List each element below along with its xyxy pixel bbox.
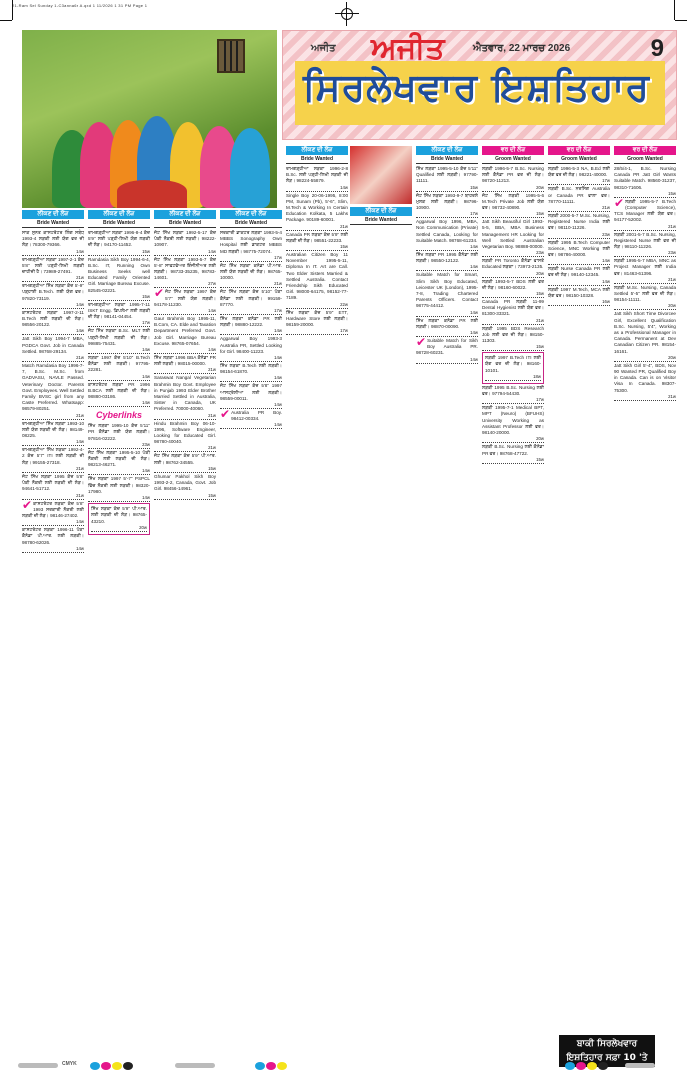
ad-text: Aggarwal Boy 1996, MBA, Non Communicatio… [416,219,478,244]
classified-ad: Hindu Brahmin Boy 06-10-1996, Software E… [154,421,216,453]
crop-mark-icon [674,0,675,20]
ad-text: ਲੜਕੀ M.Sc. Nursing, Canada Settled 5'-5"… [614,285,676,304]
classified-ad: Suitable Match for Sikh Boy Australia PR… [416,338,478,364]
classified-ad: 28/5/4-1, B.Sc. Nursing Canada PR Jatt G… [614,166,676,198]
ad-word-count: 20w [482,271,544,278]
ad-word-count: 15w [482,211,544,218]
classified-ad: ਲੜਕੀ 1995 B.Sc. Nursing ਲਈ ਵਰ। 97794-544… [482,385,544,404]
ad-text: ਜੱਟ ਸਿੱਖ ਲੜਕਾ 1993-9-7 ਬਾਹਰਲੇ ਮੁਲਕ ਲਈ ਲੜ… [416,193,478,212]
classified-ad: ਰਾਮਗੜ੍ਹੀਆ ਲੜਕਾ 1996-8-4 ਕੱਦ 5'9" ਲਈ ਪੜ੍ਹ… [88,230,150,256]
ad-text: ਸਿੱਖ ਲੜਕਾ ਕਨੇਡਾ PR ਲਈ ਲੜਕੀ। 98880-12222. [220,316,282,328]
ad-text: ਜੱਟ ਸਿੱਖ ਲੜਕਾ ਕੱਦ 5'10" ਪੱਕਾ ਕੈਨੇਡਾ ਲਈ ਲ… [220,289,282,308]
section-subheader-bride: Bride Wanted [350,217,412,225]
ad-word-count: 14w [88,374,150,381]
section-subheader-groom: Groom Wanted [548,156,610,164]
classified-ad: ਲੜਕੀ 2000-5-7 M.Sc. Nursing, Registered … [548,213,610,239]
classified-ad: ਕਾਸਟਰੇਟਰ ਲੜਕਾ 1996-11 ਪੱਕਾ ਕੈਨੇਡਾ ਪੀ.ਆਰ.… [22,527,84,553]
ad-word-count: 14w [220,328,282,335]
registration-mark-icon [335,2,359,26]
section-header-groom: ਵਰ ਦੀ ਲੋੜ [482,146,544,155]
ad-word-count: 17w [220,308,282,315]
ad-text: ਜੱਟ ਸਿੱਖ ਲੜਕਾ ਕਨੇਡਾ ਪੀ.ਆਰ. ਲਈ ਯੋਗ ਲੜਕੀ ਦ… [220,263,282,282]
section-subheader-groom: Groom Wanted [614,156,676,164]
classified-ad: Jatt Sikh Boy 1994-7 MBA, PGDCA Govt. Jo… [22,336,84,362]
ad-word-count: 21w [22,275,84,282]
print-grey-bar [625,1063,655,1068]
cmyk-swatches-icon [90,1062,133,1070]
section-subheader-bride: Bride Wanted [154,220,216,228]
classified-ad: Jatt Sikh Girl 5'-4", BDS, Nov 90 Wanted… [614,363,676,401]
ad-text: ਰਾਮਗੜ੍ਹੀਆ ਸਿੱਖ ਲੜਕਾ ਕੱਦ 5'-9" ਪੜ੍ਹਾਈ B.T… [22,283,84,302]
classified-ad: ਜੱਟ ਸਿੱਖ ਲੜਕੀ 1995-5-6 M.Tech Private Jo… [482,193,544,219]
ad-text: Aggarwal Boy 1993-3 Australia PR, Settle… [220,336,282,355]
classified-ad: ਲੜਕੀ 1995-7-1 Medical BPT, MPT (Neuro) (… [482,405,544,443]
ad-word-count: 16w [548,299,610,306]
newspaper-brand: ਅਜੀਤ [371,31,445,66]
classified-ad: ਸਿੱਖ ਲੜਕਾ 1997 5'-7" PSPCL ਵਿੱਚ ਨੌਕਰੀ ਲਈ… [88,476,150,502]
ad-word-count: 21w [548,205,610,212]
window-illustration [217,39,245,73]
classified-ad: Jatt Sikh Beautiful Girl 1993-5-5, BBA, … [482,219,544,257]
ad-text: ਜੱਟ ਸਿੱਖ ਲੜਕਾ ਕੱਦ 5'9" ਪੀ.ਆਰ. ਲਈ। 98762-… [154,453,216,465]
classified-ad: ਸਿੱਖ ਲੜਕਾ ਕੱਦ 5'9" ETT, Hardware Store ਲ… [286,310,348,336]
classified-ad: ਸਿੱਖ ਲੜਕਾ 1995-10 ਕੱਦ 5'11" PR ਕੈਨੇਡਾ ਲਈ… [88,423,150,449]
crop-mark-icon [12,0,13,20]
ad-text: ਲੜਕੀ 1995 B.Tech Computer Science, MNC W… [548,240,610,259]
classified-ad: ਰਾਮਗੜ੍ਹੀਆ ਸਿੱਖ ਲੜਕਾ 1992-4-2 ਕੱਦ 5'7" IT… [22,447,84,473]
section-subheader-bride: Bride Wanted [220,220,282,228]
classified-ad: Match Ramdasia Boy 1996-7-7, B.Sc. M.Sc.… [22,363,84,420]
classified-ad: ਲੜਕੀ 1995-5-7 B.Tech (Computer Science),… [614,199,676,231]
classified-ad: ਜੱਟ ਸਿੱਖ ਲੜਕਾ 1995-5-10 ਪੱਕੀ ਨੌਕਰੀ ਲਈ ਲੜ… [88,450,150,476]
classified-ad: ਜੱਟ ਸਿੱਖ ਲੜਕਾ ਕੱਦ 5'10" ਪੱਕਾ ਕੈਨੇਡਾ ਲਈ ਲ… [220,289,282,315]
classified-ad: ਰਾਮਗੜ੍ਹੀਆ ਸਿੱਖ ਲੜਕਾ 1993-10 ਲਈ ਯੋਗ ਲੜਕੀ … [22,421,84,447]
section-subheader-bride: Bride Wanted [286,156,348,164]
section-header-groom: ਵਰ ਦੀ ਲੋੜ [614,146,676,155]
ad-text: ਸਿੱਖ ਲੜਕਾ 1995-10 ਕੱਦ 5'11" PR ਕੈਨੇਡਾ ਲਈ… [88,423,150,442]
ad-text: ਜੱਟ ਸਿੱਖ ਲੜਕੀ 1995-5-6 M.Tech Private Jo… [482,193,544,212]
ad-word-count: 22w [286,302,348,309]
ad-word-count: 14w [548,258,610,265]
ad-text: ਲੜਕੀ 1995-5-7 B.Tech (Computer Science),… [614,199,676,224]
classified-ad: ਲੜਕੀ 1996-5-3 NA, B.Ed ਲਈ ਯੋਗ ਵਰ ਦੀ ਲੋੜ।… [548,166,610,185]
ads-column-photo-1: ਲੀਕਣ ਦੀ ਲੋੜ Bride Wanted [350,146,412,227]
section-header-bride: ਲੀਕਣ ਦੀ ਲੋੜ [416,146,478,155]
classified-ad: ਜੱਟ ਸਿੱਖ ਲੜਕਾ 1993-9-7 ਬਾਹਰਲੇ ਮੁਲਕ ਲਈ ਲੜ… [416,193,478,219]
ad-word-count: 14w [22,249,84,256]
ad-word-count: 21w [22,466,84,473]
ad-text: ਜੱਟ ਸਿੱਖ ਲੜਕਾ 1997 ਕੱਦ 5'7" ਲਈ ਯੋਗ ਲੜਕੀ।… [154,289,216,308]
ad-text: Suitable Match for Sikh Boy Australia PR… [416,338,478,357]
ads-column-2: ਲੀਕਣ ਦੀ ਲੋੜBride Wantedਰਾਮਗੜ੍ਹੀਆ ਲੜਕਾ 19… [88,210,150,536]
classified-ad: ਲੜਕੀ 1996-5-7 B.Sc. Nursing ਲਈ ਕੈਨੇਡਾ PR… [482,166,544,192]
ad-text: ਸਿੱਖ ਲੜਕਾ ਕਨੇਡਾ PR ਲਈ ਲੜਕੀ। 98870-00090. [416,318,478,330]
ad-word-count: 21w [154,413,216,420]
classified-ad: ਸਿੱਖ ਲੜਕਾ PR 1995 ਕੈਨੇਡਾ ਲਈ ਲੜਕੀ। 98550-… [416,252,478,271]
ad-text: ਲੜਕੀ Nurse Canada PR ਲਈ ਵਰ ਦੀ ਲੋੜ। 99140… [548,266,610,278]
ad-text: ਸਿੱਖ ਲੜਕਾ ਕੱਦ 5'9" ETT, Hardware Store ਲ… [286,310,348,329]
cmyk-label: CMYK [62,1061,77,1067]
ad-word-count: 15w [154,493,216,500]
classified-ad: ਰਾਮਗੜ੍ਹੀਆ ਲੜਕਾ 1996-2-8 B.Sc. ਲਈ ਪੜ੍ਹੀ-ਲ… [286,166,348,192]
ad-word-count: 14w [416,244,478,251]
ad-text: ਰਾਮਗੜ੍ਹੀਆ ਲੜਕਾ 1997-2-1 ਕੱਦ 5'8" ਲਈ ਪੜ੍ਹ… [22,257,84,276]
classified-ad: ਲੜਕੀ Nurse Canada PR ਲਈ ਵਰ ਦੀ ਲੋੜ। 99140… [548,266,610,285]
ad-word-count: 21w [286,224,348,231]
ads-column-3: ਲੀਕਣ ਦੀ ਲੋੜBride Wantedਜੱਟ ਸਿੱਖ ਲੜਕਾ 199… [154,210,216,501]
ad-word-count: 15w [88,294,150,301]
ad-text: Suitable Match for Smart, Slim Sikh Boy … [416,272,478,309]
ad-word-count: 15w [482,344,544,351]
classified-ad: Suitable Match for Smart, Slim Sikh Boy … [416,272,478,316]
section-header-bride: ਲੀਕਣ ਦੀ ਲੋੜ [286,146,348,155]
ad-text: Ramdasia Sikh Boy 1994-6-4, B.Sc. IT, Ru… [88,257,150,294]
ads-column-6: ਲੀਕਣ ਦੀ ਲੋੜBride Wantedਸਿੱਖ ਲੜਕਾ 1995-5-… [416,146,478,365]
advertiser-logo: Cyberlinks [88,409,150,421]
ad-text: ਰਾਮਗੜ੍ਹੀਆ ਲੜਕਾ 1996-8-4 ਕੱਦ 5'9" ਲਈ ਪੜ੍ਹ… [88,230,150,249]
ad-text: Jatt Sikh Boy 1994-7 MBA, PGDCA Govt. Jo… [22,336,84,355]
crop-mark-icon [675,20,687,21]
ad-text: ਕਾਸਟਰੇਟਰ ਲੜਕਾ 1996-11 ਪੱਕਾ ਕੈਨੇਡਾ ਪੀ.ਆਰ.… [22,527,84,546]
classified-ad: Saraswat Nangal Vegetarian Brahmin Boy G… [154,375,216,419]
ad-text: 28/5/4-1, B.Sc. Nursing Canada PR Jatt G… [614,166,676,191]
ad-word-count: 14w [220,375,282,382]
ad-word-count: 20w [614,355,676,362]
ad-word-count: 20w [482,185,544,192]
section-subheader-bride: Bride Wanted [22,220,84,228]
crop-mark-icon [0,20,12,21]
ad-text: ਲੜਕਾ 1997 ਕੱਦ 5'10" B.Tech ਕੈਨੇਡਾ ਲਈ ਲੜਕ… [88,355,150,374]
ad-text: Single Boy 20-06-1995, 8:00 PM, Sunam (P… [286,193,348,224]
masthead-small-label: ਅਜੀਤ [311,43,336,54]
ad-word-count: 14w [88,468,150,475]
ad-word-count: 14w [220,355,282,362]
ad-text: ਸਾਕ ਸੁਨਤ ਕਾਸਟਰੇਟਰ ਲਿੰਗ ਸਬੰਧ 1993-4 ਲੜਕੀ … [22,230,84,249]
issue-date: ਐਤਵਾਰ, 22 ਮਾਰਚ 2026 [473,43,570,54]
ad-word-count: 21w [154,367,216,374]
classified-ad: ਰਾਮਗੜ੍ਹੀਆ ਲੜਕਾ 1997-2-1 ਕੱਦ 5'8" ਲਈ ਪੜ੍ਹ… [22,257,84,283]
ad-text: ਲੜਕੀ 1995-7-1 Medical BPT, MPT (Neuro) (… [482,405,544,436]
classified-ad: ਕਾਸਟਰੇਟਰ ਲੜਕਾ 1997-2-11 B.Tech ਲਈ ਲੜਕੀ ਦ… [22,310,84,336]
ad-text: Saraswat Nangal Vegetarian Brahmin Boy G… [154,375,216,412]
classified-ad: ਲੜਕੀ 1995 B.Tech Computer Science, MNC W… [548,240,610,266]
ad-word-count: 14w [220,422,282,429]
ads-column-8: ਵਰ ਦੀ ਲੋੜGroom Wantedਲੜਕੀ 1996-5-3 NA, B… [548,146,610,307]
ad-text: Ghumar Pakhol Sikh Boy 1993-2-2, Canada,… [154,474,216,493]
classified-ad: ਰਾਮਗੜ੍ਹੀਆ ਲੜਕਾ 1995-7-11 ISKT Engg. ਡਿਪਲ… [88,302,150,328]
ad-text: ਸਰਕਾਰੀ ਡਾਕਟਰ ਲੜਕਾ 1993-5-4 MBBS Sonograp… [220,230,282,255]
ad-text: ਲੜਕੀ 1996-5-7 B.Sc. Nursing ਲਈ ਕੈਨੇਡਾ PR… [482,166,544,185]
ad-word-count: 14w [22,519,84,526]
classified-ad: Australia PR Boy. 98412-00334.14w [220,410,282,429]
ad-word-count: 17w [88,320,150,327]
ad-word-count: 14w [22,546,84,553]
ad-word-count: 14w [416,264,478,271]
ads-column-4: ਲੀਕਣ ਦੀ ਲੋੜBride Wantedਸਰਕਾਰੀ ਡਾਕਟਰ ਲੜਕਾ… [220,210,282,430]
classified-ad: ਸਿੱਖ ਲੜਕਾ ਕਨੇਡਾ PR ਲਈ ਲੜਕੀ। 98880-12222.… [220,316,282,335]
ad-word-count: 14w [548,279,610,286]
classified-ad: Canada PR ਲੜਕੀ 11-99 Dental Hygienist ਲਈ… [482,299,544,325]
ad-word-count: 14w [286,185,348,192]
ad-word-count: 14w [22,302,84,309]
classified-ad: ਸਿੱਖ ਲੜਕਾ 1996 BBA ਕੈਨੇਡਾ PR ਲਈ ਲੜਕੀ। 98… [154,355,216,374]
ad-text: ਜੱਟ ਸਿੱਖ ਲੜਕਾ ਕੱਦ 5'8" 1997 ਆਸਟ੍ਰੇਲੀਆ ਲਈ… [220,383,282,402]
ad-text: ਰਾਮਗੜ੍ਹੀਆ ਲੜਕਾ 1996-2-8 B.Sc. ਲਈ ਪੜ੍ਹੀ-ਲ… [286,166,348,185]
print-grey-bar [18,1063,58,1068]
ad-text: ਲੜਕੀ PR Toronto ਕੈਨੇਡਾ ਵਾਸਤੇ Educated ਲੜ… [482,258,544,270]
classified-ad: ਸਿੱਖ ਲੜਕਾ B.Tech ਲਈ ਲੜਕੀ। 98154-61870.14… [220,363,282,382]
ad-text: ਲੜਕੀ 2001-5-7 B.Sc. Nursing, Registered … [614,232,676,251]
classified-ad: Single Boy 20-06-1995, 8:00 PM, Sunam (P… [286,193,348,231]
ad-text: ਜੱਟ ਸਿੱਖ ਲੜਕਾ 1992-5-17 ਕੱਦ ਪੱਕੀ ਨੌਕਰੀ ਲ… [154,230,216,249]
ad-text: ਲੜਕੀ 1997 B.Tech ITI ਲਈ ਯੋਗ ਵਰ ਦੀ ਲੋੜ। 9… [485,355,541,374]
ad-word-count: 17w [286,328,348,335]
ad-text: ਸਿੱਖ ਲੜਕਾ 1995-5-10 ਕੱਦ 5'11" Qualified … [416,166,478,185]
ad-word-count: 18w [485,374,541,381]
ad-text: Jatt Sikh Short Time Divorcee Girl, Exce… [614,311,676,354]
classified-ad: ਜੱਟ ਸਿੱਖ ਲੜਕਾ ਕਨੇਡਾ ਪੀ.ਆਰ. ਲਈ ਯੋਗ ਲੜਕੀ ਦ… [220,263,282,289]
ad-text: ਜੱਟ ਸਿੱਖ ਲੜਕਾ B.Sc. MLT ਲਈ ਪੜ੍ਹੀ-ਲਿਖੀ ਲੜ… [88,328,150,347]
classified-ad: Ghumar Pakhol Sikh Boy 1993-2-2, Canada,… [154,474,216,500]
cmyk-swatches-icon [255,1062,287,1070]
ad-text: ਲੜਕੀ 1993-5-7 BDS ਲਈ ਵਰ ਦੀ ਲੋੜ। 98160-60… [482,279,544,291]
classified-ad: ਸਰਕਾਰੀ ਡਾਕਟਰ ਲੜਕਾ 1993-5-4 MBBS Sonograp… [220,230,282,262]
ad-word-count: 21w [22,355,84,362]
ad-word-count: 14w [416,357,478,364]
classified-ad: ਕਾਸਟਰੇਟਰ ਲੜਕਾ PR 1996 B.BCA ਲਈ ਲੜਕੀ ਦੀ ਲ… [88,382,150,408]
classified-ad: Aggarwal Boy 1996, MBA, Non Communicatio… [416,219,478,251]
classified-ad: ਜੱਟ ਸਿੱਖ ਲੜਕਾ 1993-5-7 ਕੱਦ 5'-8" ਸਾਫਟਵੇਅ… [154,257,216,289]
ad-text: ਸਿੱਖ ਲੜਕਾ B.Tech ਲਈ ਲੜਕੀ। 98154-61870. [220,363,282,375]
classified-ad: ਲੜਕੀ B.Sc. ਨਰਸਿੰਗ Australia or Canada PR… [548,186,610,212]
classified-ad: ਜੱਟ ਸਿੱਖ ਲੜਕਾ ਕੱਦ 5'8" 1997 ਆਸਟ੍ਰੇਲੀਆ ਲਈ… [220,383,282,409]
ad-text: ਲੜਕੀ 1997 M.Tech, MCA ਲਈ ਯੋਗ ਵਰ। 98150-1… [548,287,610,299]
section-header-bride: ਲੀਕਣ ਦੀ ਲੋੜ [220,210,282,219]
section-subheader-groom: Groom Wanted [482,156,544,164]
ad-text: ਸਿੱਖ ਲੜਕਾ 1996 BBA ਕੈਨੇਡਾ PR ਲਈ ਲੜਕੀ। 98… [154,355,216,367]
ad-word-count: 20w [482,436,544,443]
ad-word-count: 23w [614,250,676,257]
ad-word-count: 14w [154,347,216,354]
ad-word-count: 15w [88,249,150,256]
ad-text: Australia PR Boy. 98412-00334. [220,410,282,422]
ad-text: ਰਾਮਗੜ੍ਹੀਆ ਸਿੱਖ ਲੜਕਾ 1993-10 ਲਈ ਯੋਗ ਲੜਕੀ … [22,421,84,440]
ad-word-count: 14w [88,347,150,354]
ad-word-count: 21w [614,277,676,284]
ad-word-count: 14w [88,495,150,502]
ad-text: ਕਾਸਟਰੇਟਰ ਲੜਕਾ ਕੱਦ 5'8" 1993 ਸਰਕਾਰੀ ਨੌਕਰੀ… [22,501,84,520]
classified-ad: ਕਾਸਟਰੇਟਰ ਲੜਕਾ ਕੱਦ 5'8" 1993 ਸਰਕਾਰੀ ਨੌਕਰੀ… [22,501,84,527]
classified-ad: Gaur Brahmin Boy 1995-11, B.Com, CA. Eld… [154,316,216,354]
classified-ad: ਲੜਕੀ 2001-5-7 B.Sc. Nursing, Registered … [614,232,676,258]
classified-ad: Aggarwal Boy 1993-3 Australia PR, Settle… [220,336,282,362]
classified-ad: ਲੜਕੀ B.Sc. Nursing ਲਈ ਕੈਨੇਡਾ PR ਵਰ। 9876… [482,444,544,463]
classified-ad: ਜੱਟ ਸਿੱਖ ਲੜਕਾ ਕੱਦ 5'9" ਪੀ.ਆਰ. ਲਈ। 98762-… [154,453,216,472]
illustration-women-gathering [22,30,277,208]
ad-word-count: 15w [416,185,478,192]
ad-word-count: 14w [416,310,478,317]
classified-ad: ਲੜਕੀ PR Toronto ਕੈਨੇਡਾ ਵਾਸਤੇ Educated ਲੜ… [482,258,544,277]
ad-word-count: 14w [22,328,84,335]
classified-ad: ਸਿੱਖ ਲੜਕਾ 1995-5-10 ਕੱਦ 5'11" Qualified … [416,166,478,192]
classified-ad: ਲੜਕੀ 1997 M.Tech, MCA ਲਈ ਯੋਗ ਵਰ। 98150-1… [548,287,610,306]
classified-ad: ਸਿੱਖ ਲੜਕਾ ਕੱਦ 5'9" ਪੀ.ਆਰ. ਲਈ ਲੜਕੀ ਦੀ ਲੋੜ… [88,503,150,535]
ad-word-count: 15w [482,457,544,464]
ad-text: ਲੜਕੀ 1995 B.Sc. Nursing ਲਈ ਵਰ। 97794-544… [482,385,544,397]
ad-word-count: 14w [22,439,84,446]
ads-column-7: ਵਰ ਦੀ ਲੋੜGroom Wantedਲੜਕੀ 1996-5-7 B.Sc.… [482,146,544,465]
ads-column-5: ਲੀਕਣ ਦੀ ਲੋੜBride Wantedਰਾਮਗੜ੍ਹੀਆ ਲੜਕਾ 19… [286,146,348,336]
section-subheader-bride: Bride Wanted [88,220,150,228]
classified-ad: ਲੜਕੀ 1997 B.Tech ITI ਲਈ ਯੋਗ ਵਰ ਦੀ ਲੋੜ। 9… [482,352,544,384]
classified-ad: ਲੜਕੀ 1995 BDS Research Job ਲਈ ਵਰ ਦੀ ਲੋੜ।… [482,326,544,352]
ad-word-count: 14w [88,400,150,407]
classified-ad: ਰਾਮਗੜ੍ਹੀਆ ਸਿੱਖ ਲੜਕਾ ਕੱਦ 5'-9" ਪੜ੍ਹਾਈ B.T… [22,283,84,309]
ad-text: Jatt Sikh Girl 5'-4", BDS, Nov 90 Wanted… [614,363,676,394]
ads-column-9: ਵਰ ਦੀ ਲੋੜGroom Wanted28/5/4-1, B.Sc. Nur… [614,146,676,402]
ad-text: ਕਾਸਟਰੇਟਰ ਲੜਕਾ PR 1996 B.BCA ਲਈ ਲੜਕੀ ਦੀ ਲ… [88,382,150,401]
classified-ad: ਜੱਟ ਸਿੱਖ ਲੜਕਾ 1992-5-17 ਕੱਦ ਪੱਕੀ ਨੌਕਰੀ ਲ… [154,230,216,256]
ad-text: ਜੱਟ ਸਿੱਖ ਲੜਕਾ 1993-5-7 ਕੱਦ 5'-8" ਸਾਫਟਵੇਅ… [154,257,216,282]
section-header-bride: ਲੀਕਣ ਦੀ ਲੋੜ [154,210,216,219]
section-header-groom: ਵਰ ਦੀ ਲੋੜ [548,146,610,155]
promo-line-1: ਬਾਕੀ ਸਿਰਲੇਖਵਾਰ [559,1037,655,1051]
ad-text: ਲੜਕੀ 2000-5-7 M.Sc. Nursing, Registered … [548,213,610,232]
classified-ad: ਜੱਟ ਸਿੱਖ ਲੜਕਾ B.Sc. MLT ਲਈ ਪੜ੍ਹੀ-ਲਿਖੀ ਲੜ… [88,328,150,354]
classified-ad: ਲੜਕੀ M.Sc. Nursing, Canada Settled 5'-5"… [614,285,676,311]
classified-ad: ਜੱਟ ਸਿੱਖ ਲੜਕਾ 1997 ਕੱਦ 5'7" ਲਈ ਯੋਗ ਲੜਕੀ।… [154,289,216,315]
section-subheader-bride: Bride Wanted [416,156,478,164]
section-header-bride: ਲੀਕਣ ਦੀ ਲੋੜ [350,207,412,216]
ad-text: ਲੜਕੀ 1996-5-3 NA, B.Ed ਲਈ ਯੋਗ ਵਰ ਦੀ ਲੋੜ।… [548,166,610,178]
ad-text: Gaur Brahmin Boy 1995-11, B.Com, CA. Eld… [154,316,216,347]
ad-word-count: 17w [220,255,282,262]
ad-text: Jatt Sikh Beautiful Girl 1993-5-5, BBA, … [482,219,544,250]
classified-ad: ਸਾਕ ਸੁਨਤ ਕਾਸਟਰੇਟਰ ਲਿੰਗ ਸਬੰਧ 1993-4 ਲੜਕੀ … [22,230,84,256]
ad-word-count: 21w [614,394,676,401]
ad-text: ਲੜਕੀ B.Sc. ਨਰਸਿੰਗ Australia or Canada PR… [548,186,610,205]
ad-text: Hindu Brahmin Boy 06-10-1996, Software E… [154,421,216,446]
ad-word-count: 23w [482,250,544,257]
classified-ad: ਲੜਕੀ 1993-5-7 BDS ਲਈ ਵਰ ਦੀ ਲੋੜ। 98160-60… [482,279,544,298]
ad-word-count: 21w [220,281,282,288]
classified-ad: ਲੜਕਾ 1997 ਕੱਦ 5'10" B.Tech ਕੈਨੇਡਾ ਲਈ ਲੜਕ… [88,355,150,381]
ad-text: ਕਾਸਟਰੇਟਰ ਲੜਕਾ 1997-2-11 B.Tech ਲਈ ਲੜਕੀ ਦ… [22,310,84,329]
ad-word-count: 17w [548,178,610,185]
ad-text: ਜੱਟ ਸਿੱਖ ਲੜਕਾ 1995 ਕੱਦ 5'8" ਪੱਕੀ ਨੌਕਰੀ ਲ… [22,474,84,493]
ad-word-count: 20w [91,525,147,532]
ad-word-count: 17w [482,397,544,404]
ad-word-count: 14w [154,308,216,315]
ad-text: ਰਾਮਗੜ੍ਹੀਆ ਸਿੱਖ ਲੜਕਾ 1992-4-2 ਕੱਦ 5'7" IT… [22,447,84,466]
ad-word-count: 21w [614,224,676,231]
section-header-bride: ਲੀਕਣ ਦੀ ਲੋੜ [88,210,150,219]
section-header-bride: ਲੀਕਣ ਦੀ ਲੋੜ [22,210,84,219]
ad-word-count: 17w [416,211,478,218]
ad-word-count: 20w [614,303,676,310]
ad-text: ਰਾਮਗੜ੍ਹੀਆ ਲੜਕਾ 1995-7-11 ISKT Engg. ਡਿਪਲ… [88,302,150,321]
ad-word-count: 14w [154,249,216,256]
classified-ad: ਲੜਕੀ 1995-5-7 MBA, MNC as Project Manage… [614,258,676,284]
ad-word-count: 23w [548,232,610,239]
ad-text: ਸਿੱਖ ਲੜਕਾ ਕੱਦ 5'9" ਪੀ.ਆਰ. ਲਈ ਲੜਕੀ ਦੀ ਲੋੜ… [91,506,147,525]
ad-text: Canada PR ਲੜਕਾ ਕੱਦ 5'9" ਲਈ ਲੜਕੀ ਦੀ ਲੋੜ। … [286,232,348,244]
ad-word-count: 15w [482,291,544,298]
page-number: 9 [651,35,664,63]
ad-word-count: 15w [286,244,348,251]
ad-word-count: 21w [22,413,84,420]
print-grey-bar [175,1063,215,1068]
ads-column-1: ਲੀਕਣ ਦੀ ਲੋੜBride Wantedਸਾਕ ਸੁਨਤ ਕਾਸਟਰੇਟਰ… [22,210,84,554]
ad-text: ਲੜਕੀ 1995 BDS Research Job ਲਈ ਵਰ ਦੀ ਲੋੜ।… [482,326,544,345]
ad-word-count: 21w [154,445,216,452]
ad-word-count: 21w [482,318,544,325]
ad-word-count: 15w [154,466,216,473]
ad-text: Match Ramdasia Boy 1996-7-7, B.Sc. M.Sc.… [22,363,84,413]
classified-ad: Canada PR ਲੜਕਾ ਕੱਦ 5'9" ਲਈ ਲੜਕੀ ਦੀ ਲੋੜ। … [286,232,348,251]
cmyk-swatches-icon [565,1062,608,1070]
classified-ad: Jatt Sikh Short Time Divorcee Girl, Exce… [614,311,676,361]
bride-hands-photo [350,146,412,204]
page-title: ਸਿਰਲੇਖਵਾਰ ਇਸ਼ਤਿਹਾਰ [303,65,650,110]
ad-text: Australian Citizen Boy 11 November 1995-… [286,252,348,302]
classified-ad: ਜੱਟ ਸਿੱਖ ਲੜਕਾ 1995 ਕੱਦ 5'8" ਪੱਕੀ ਨੌਕਰੀ ਲ… [22,474,84,500]
ad-text: ਸਿੱਖ ਲੜਕਾ 1997 5'-7" PSPCL ਵਿੱਚ ਨੌਕਰੀ ਲਈ… [88,476,150,495]
ad-text: ਜੱਟ ਸਿੱਖ ਲੜਕਾ 1995-5-10 ਪੱਕੀ ਨੌਕਰੀ ਲਈ ਲੜ… [88,450,150,469]
ad-word-count: 23w [88,442,150,449]
ad-text: ਲੜਕੀ B.Sc. Nursing ਲਈ ਕੈਨੇਡਾ PR ਵਰ। 9876… [482,444,544,456]
ad-text: ਲੜਕੀ 1995-5-7 MBA, MNC as Project Manage… [614,258,676,277]
print-slug: 21-Ram Sel Sunday 1-C3anna6r A.qxd 1 11/… [12,3,147,8]
ad-text: ਸਿੱਖ ਲੜਕਾ PR 1995 ਕੈਨੇਡਾ ਲਈ ਲੜਕੀ। 98550-… [416,252,478,264]
classified-ad: Australian Citizen Boy 11 November 1995-… [286,252,348,309]
newspaper-page: ਅਜੀਤ ਅਜੀਤ ਐਤਵਾਰ, 22 ਮਾਰਚ 2026 9 ਸਿਰਲੇਖਵਾ… [22,30,677,1070]
ad-text: Canada PR ਲੜਕੀ 11-99 Dental Hygienist ਲਈ… [482,299,544,318]
masthead: ਅਜੀਤ ਅਜੀਤ ਐਤਵਾਰ, 22 ਮਾਰਚ 2026 9 ਸਿਰਲੇਖਵਾ… [282,30,677,140]
classified-ad: Ramdasia Sikh Boy 1994-6-4, B.Sc. IT, Ru… [88,257,150,301]
